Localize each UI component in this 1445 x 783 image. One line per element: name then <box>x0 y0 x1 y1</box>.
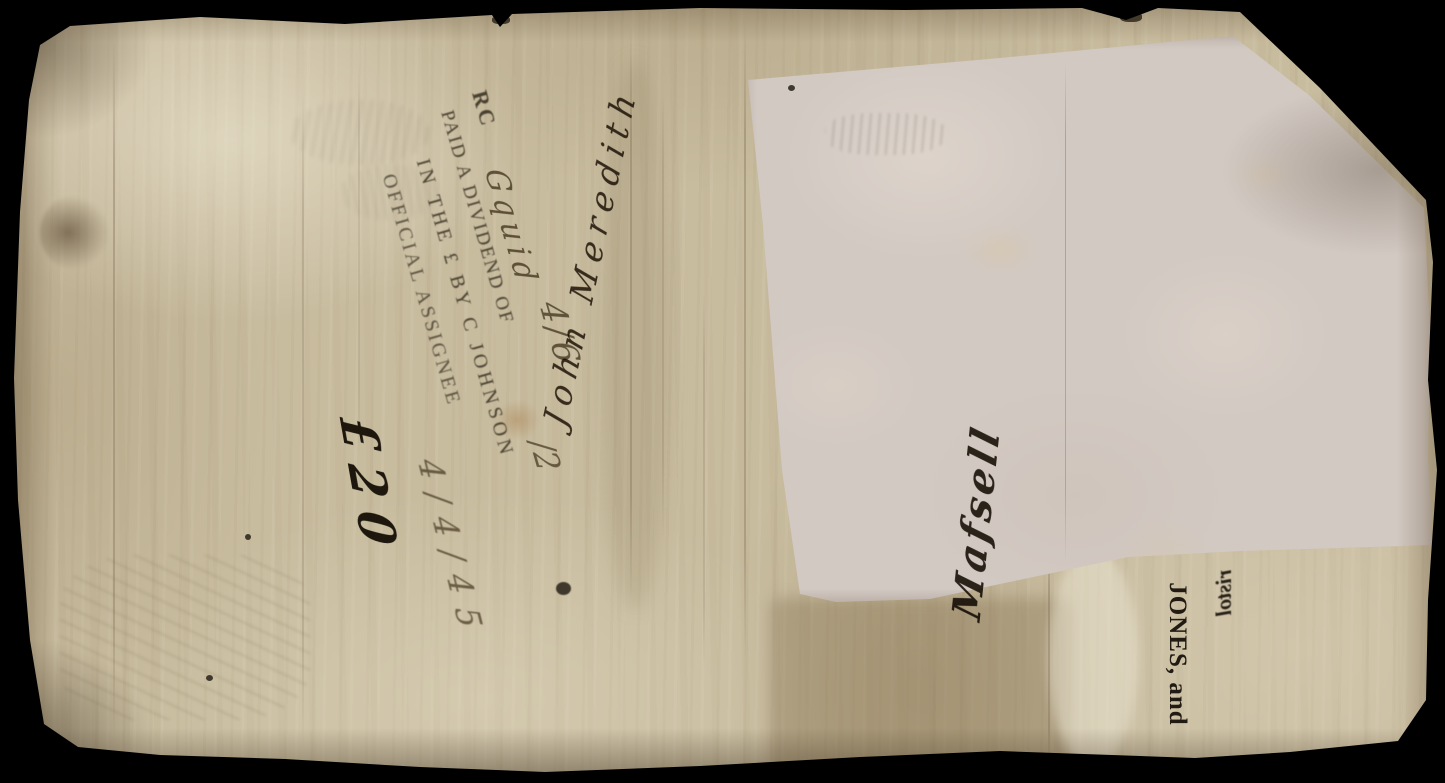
fold-crease <box>703 290 705 670</box>
fold-crease <box>744 20 746 660</box>
scribble-stain <box>60 555 310 720</box>
patch-fold-crease <box>1065 63 1066 563</box>
ink-speck <box>206 675 213 681</box>
pasted-paper-patch <box>745 35 1435 605</box>
aged-document-sheet: RC PAID A DIVIDEND OF IN THE £ BY C JOHN… <box>0 0 1445 783</box>
ink-stain <box>40 195 110 270</box>
fold-crease <box>113 40 115 740</box>
ink-speck <box>245 534 251 540</box>
fold-crease <box>358 60 360 460</box>
ink-speck <box>788 85 795 91</box>
amount-scrawl: £20 <box>327 416 409 560</box>
shadow-band <box>770 598 1070 773</box>
fold-crease <box>302 90 304 750</box>
edge-notch-mark <box>1120 12 1142 22</box>
patch-smudge <box>825 113 945 155</box>
print-fragment-jones-and: JONES, and <box>1163 569 1191 739</box>
print-fragment-bristol-showthrough: ristol <box>1211 538 1237 648</box>
fold-crease <box>1048 545 1050 765</box>
light-band <box>1048 548 1138 768</box>
ink-blot <box>556 582 571 595</box>
fold-crease <box>662 90 664 540</box>
edge-notch-mark <box>492 16 510 24</box>
date-scrawl: 4/4/45 <box>410 458 494 642</box>
